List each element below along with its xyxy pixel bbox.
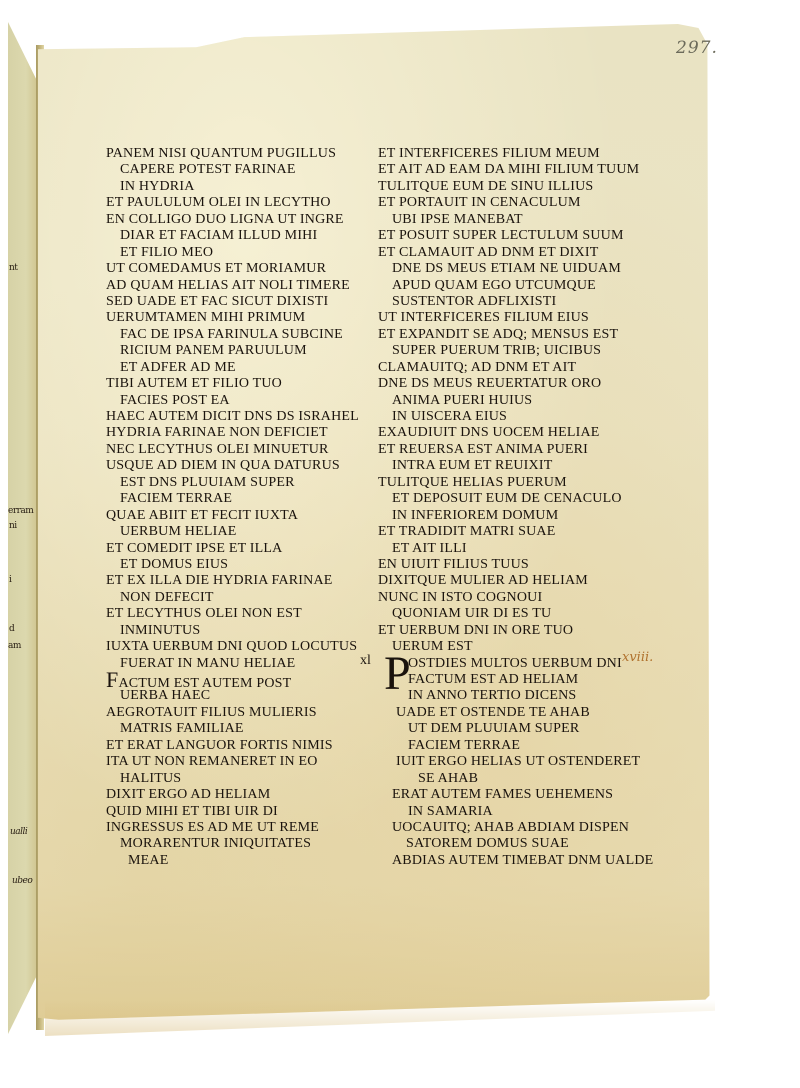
text-line: dixit ergo ad heliam	[106, 787, 359, 803]
left-text-column: panem nisi quantum pugillus capere potes…	[106, 146, 359, 869]
verso-text-fragment: ubeo	[12, 876, 32, 886]
text-line: panem nisi quantum pugillus	[106, 146, 359, 162]
text-line: satorem domus suae	[378, 836, 653, 852]
text-line: iuit ergo helias ut ostenderet	[378, 754, 653, 770]
text-line: ad quam helias ait noli timere	[106, 278, 359, 294]
text-line: uade et ostende te ahab	[378, 705, 653, 721]
text-line: uerum est	[378, 639, 653, 655]
text-line: ut dem pluuiam super	[378, 721, 653, 737]
text-line: morarentur iniquitates	[106, 836, 359, 852]
marginal-chapter-note: xviii.	[622, 650, 653, 665]
text-line: in anno tertio dicens	[378, 688, 653, 704]
text-line: ostdies multos uerbum dni	[378, 656, 653, 672]
text-line: in hydria	[106, 179, 359, 195]
text-line: clamauitq; ad dnm et ait	[378, 360, 653, 376]
text-line: super puerum trib; uicibus	[378, 343, 653, 359]
text-line: in samaria	[378, 804, 653, 820]
text-line: factum est autem post	[106, 672, 359, 688]
verso-text-fragment: d	[9, 624, 14, 634]
text-line: ita ut non remaneret in eo	[106, 754, 359, 770]
text-line: et domus eius	[106, 557, 359, 573]
text-line: dne ds meus etiam ne uiduam	[378, 261, 653, 277]
text-line: inminutus	[106, 623, 359, 639]
text-line: fuerat in manu heliae	[106, 656, 359, 672]
text-line: uerumtamen mihi primum	[106, 310, 359, 326]
text-line: fac de ipsa farinula subcine	[106, 327, 359, 343]
text-line: tulitque eum de sinu illius	[378, 179, 653, 195]
text-line: non defecit	[106, 590, 359, 606]
text-line: diar et faciam illud mihi	[106, 228, 359, 244]
text-line: aegrotauit filius mulieris	[106, 705, 359, 721]
text-line: hydria farinae non deficiet	[106, 425, 359, 441]
text-line: facies post ea	[106, 393, 359, 409]
page-bottom-shade	[45, 1000, 715, 1036]
text-line: ricium panem paruulum	[106, 343, 359, 359]
text-line: sed uade et fac sicut dixisti	[106, 294, 359, 310]
text-line: et adfer ad me	[106, 360, 359, 376]
text-line: haec autem dicit dns ds israhel	[106, 409, 359, 425]
text-line: ut comedamus et moriamur	[106, 261, 359, 277]
text-line: abdias autem timebat dnm ualde	[378, 853, 653, 869]
text-line: et interficeres filium meum	[378, 146, 653, 162]
text-line: et clamauit ad dnm et dixit	[378, 245, 653, 261]
verso-text-fragment: nt	[9, 263, 17, 273]
text-line: se ahab	[378, 771, 653, 787]
text-line: nunc in isto cognoui	[378, 590, 653, 606]
verso-text-fragment: am	[8, 641, 21, 651]
text-line: et portauit in cenaculum	[378, 195, 653, 211]
text-line: en uiuit filius tuus	[378, 557, 653, 573]
folio-number: 297.	[676, 38, 718, 58]
text-line: et ait ad eam da mihi filium tuum	[378, 162, 653, 178]
text-line: in uiscera eius	[378, 409, 653, 425]
text-line: et lecythus olei non est	[106, 606, 359, 622]
text-line: uocauitq; ahab abdiam dispen	[378, 820, 653, 836]
text-line: et uerbum dni in ore tuo	[378, 623, 653, 639]
text-line: erat autem fames uehemens	[378, 787, 653, 803]
text-line: exaudiuit dns uocem heliae	[378, 425, 653, 441]
text-line: usque ad diem in qua daturus	[106, 458, 359, 474]
text-line: meae	[106, 853, 359, 869]
chapter-number-marker: xl	[360, 653, 371, 669]
text-line: matris familiae	[106, 721, 359, 737]
text-line: et filio meo	[106, 245, 359, 261]
text-line: et paululum olei in lecytho	[106, 195, 359, 211]
text-line: et comedit ipse et illa	[106, 541, 359, 557]
text-line: quae abiit et fecit iuxta	[106, 508, 359, 524]
text-line: et tradidit matri suae	[378, 524, 653, 540]
text-line: ingressus es ad me ut reme	[106, 820, 359, 836]
text-line: dixitque mulier ad heliam	[378, 573, 653, 589]
text-line: capere potest farinae	[106, 162, 359, 178]
text-line: ubi ipse manebat	[378, 212, 653, 228]
text-line: en colligo duo ligna ut ingre	[106, 212, 359, 228]
text-line: uerbum heliae	[106, 524, 359, 540]
verso-text-fragment: i	[9, 575, 11, 585]
text-line: faciem terrae	[378, 738, 653, 754]
text-line: tulitque helias puerum	[378, 475, 653, 491]
text-line: et ex illa die hydria farinae	[106, 573, 359, 589]
text-line: intra eum et reuixit	[378, 458, 653, 474]
text-line: et reuersa est anima pueri	[378, 442, 653, 458]
text-line: et erat languor fortis nimis	[106, 738, 359, 754]
verso-text-fragment: ni	[9, 521, 17, 531]
text-line: apud quam ego utcumque	[378, 278, 653, 294]
text-line: ut interficeres filium eius	[378, 310, 653, 326]
text-line: sustentor adflixisti	[378, 294, 653, 310]
text-line: in inferiorem domum	[378, 508, 653, 524]
text-line: et deposuit eum de cenaculo	[378, 491, 653, 507]
verso-text-fragment: erram	[8, 506, 33, 516]
text-line: quoniam uir di es tu	[378, 606, 653, 622]
verso-text-fragment: ualli	[10, 827, 27, 837]
text-line: nec lecythus olei minuetur	[106, 442, 359, 458]
text-line: et posuit super lectulum suum	[378, 228, 653, 244]
text-line: faciem terrae	[106, 491, 359, 507]
right-text-column: et interficeres filium meum et ait ad ea…	[378, 146, 653, 869]
text-line: factum est ad heliam	[378, 672, 653, 688]
text-line: iuxta uerbum dni quod locutus	[106, 639, 359, 655]
text-line: dne ds meus reuertatur oro	[378, 376, 653, 392]
text-line: quid mihi et tibi uir di	[106, 804, 359, 820]
text-line: tibi autem et filio tuo	[106, 376, 359, 392]
text-line: est dns pluuiam super	[106, 475, 359, 491]
text-line: anima pueri huius	[378, 393, 653, 409]
text-line: et ait illi	[378, 541, 653, 557]
decorated-initial: P	[384, 650, 411, 698]
text-line: et expandit se adq; mensus est	[378, 327, 653, 343]
manuscript-spread: nt erram ni i d am ualli ubeo 297. panem…	[0, 0, 800, 1088]
text-line: halitus	[106, 771, 359, 787]
